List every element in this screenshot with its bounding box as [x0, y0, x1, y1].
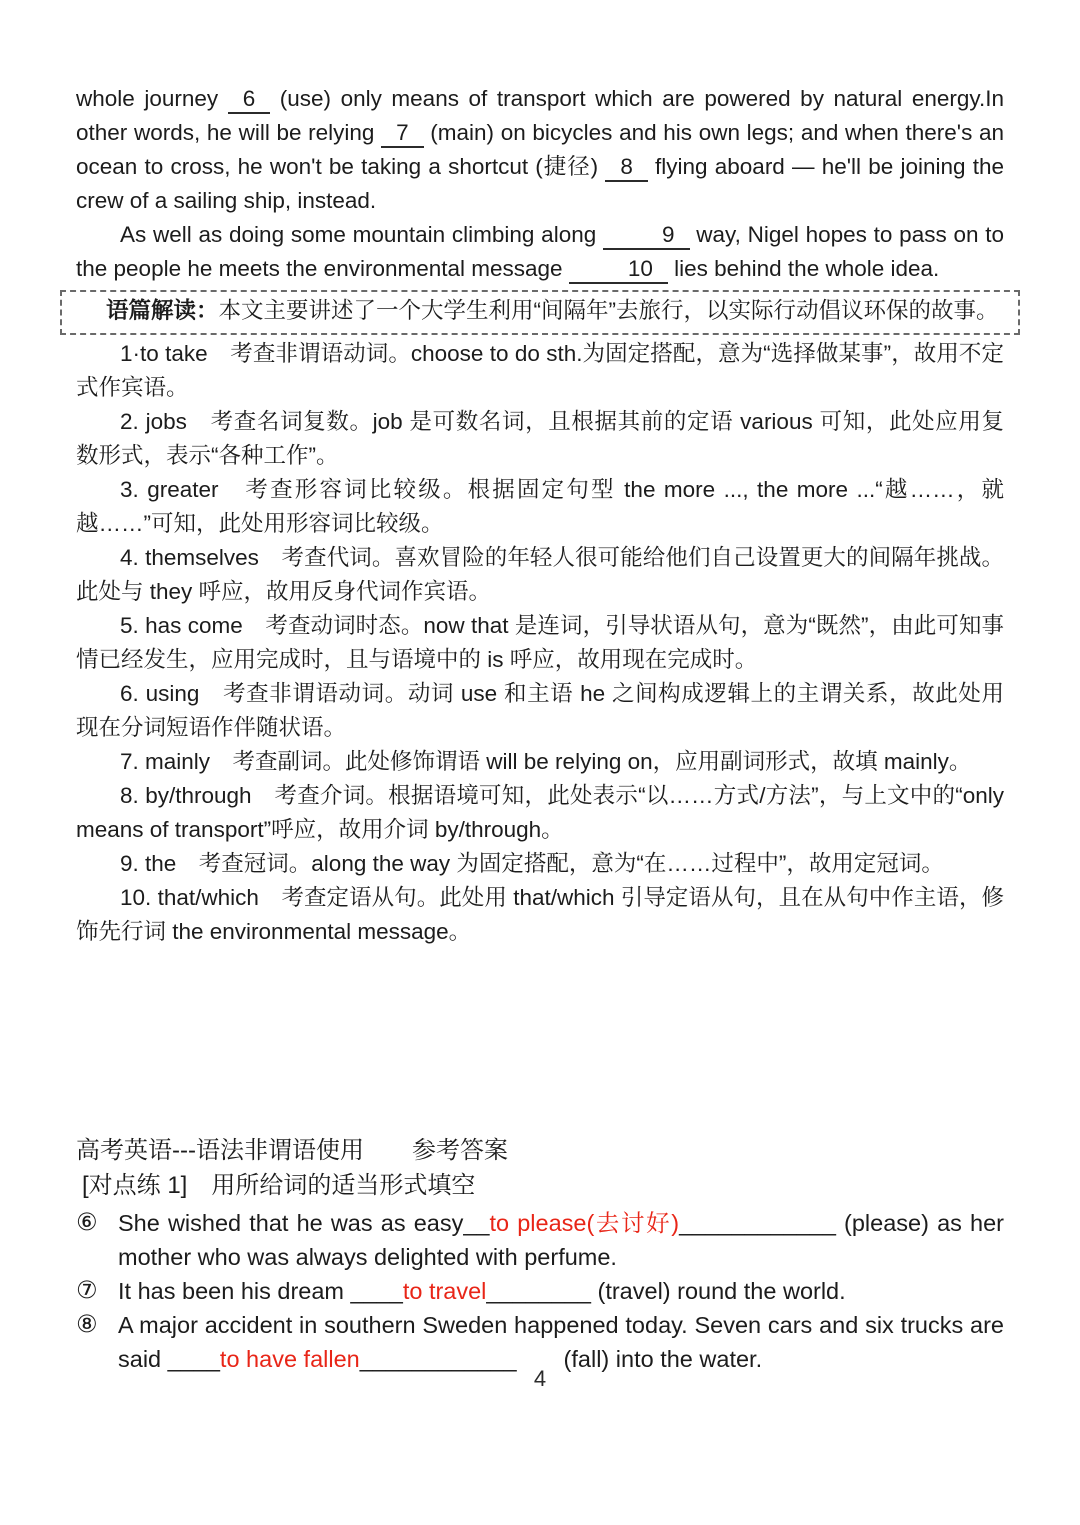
explanation-item-8: 8. by/through 考查介词。根据语境可知，此处表示“以……方式/方法”… — [76, 779, 1004, 847]
question-item-6: ⑥ She wished that he was as easy__to ple… — [76, 1206, 1004, 1274]
analysis-box: 语篇解读：本文主要讲述了一个大学生利用“间隔年”去旅行，以实际行动倡议环保的故事… — [60, 290, 1020, 335]
answer-section-title: 高考英语---语法非谓语使用 参考答案 — [76, 1133, 1004, 1168]
analysis-box-label: 语篇解读： — [106, 298, 219, 323]
question-text-7: It has been his dream ____to travel_____… — [118, 1274, 1004, 1308]
question-text: (travel) round the world. — [591, 1278, 846, 1304]
question-text: She wished that he was as easy — [118, 1210, 463, 1236]
analysis-box-text: 本文主要讲述了一个大学生利用“间隔年”去旅行，以实际行动倡议环保的故事。 — [219, 298, 999, 323]
passage-text: lies behind the whole idea. — [668, 256, 939, 281]
answer-text-red: to please(去讨好) — [490, 1210, 680, 1236]
blank-space — [76, 949, 1004, 1133]
fill-blank-7: 7 — [381, 120, 424, 148]
answer-section-subtitle: [对点练 1] 用所给词的适当形式填空 — [82, 1168, 1004, 1203]
explanation-item-4: 4. themselves 考查代词。喜欢冒险的年轻人很可能给他们自己设置更大的… — [76, 541, 1004, 609]
page-content: whole journey 6 (use) only means of tran… — [0, 0, 1080, 1376]
fill-blank-6: 6 — [228, 86, 271, 114]
explanation-item-9: 9. the 考查冠词。along the way 为固定搭配，意为“在……过程… — [76, 847, 1004, 881]
passage-text: whole journey — [76, 86, 228, 111]
fill-blank-10: 10 — [569, 256, 668, 284]
passage-paragraph-2: As well as doing some mountain climbing … — [76, 218, 1004, 286]
circled-number-6: ⑥ — [76, 1206, 118, 1274]
question-item-7: ⑦ It has been his dream ____to travel___… — [76, 1274, 1004, 1308]
explanation-item-1: 1·to take 考查非谓语动词。choose to do sth.为固定搭配… — [76, 337, 1004, 405]
explanation-item-7: 7. mainly 考查副词。此处修饰谓语 will be relying on… — [76, 745, 1004, 779]
circled-number-7: ⑦ — [76, 1274, 118, 1308]
question-text: It has been his dream — [118, 1278, 351, 1304]
fill-blank-8: 8 — [605, 154, 648, 182]
blank-underscores: __ — [463, 1210, 489, 1236]
blank-underscores: ____________ — [679, 1210, 836, 1236]
explanation-item-2: 2. jobs 考查名词复数。job 是可数名词，且根据其前的定语 variou… — [76, 405, 1004, 473]
document-page: whole journey 6 (use) only means of tran… — [0, 0, 1080, 1525]
fill-blank-9: 9 — [603, 222, 690, 250]
explanation-item-6: 6. using 考查非谓语动词。动词 use 和主语 he 之间构成逻辑上的主… — [76, 677, 1004, 745]
explanation-item-3: 3. greater 考查形容词比较级。根据固定句型 the more ...,… — [76, 473, 1004, 541]
passage-paragraph-1: whole journey 6 (use) only means of tran… — [76, 82, 1004, 218]
answer-text-red: to travel — [403, 1278, 487, 1304]
question-text-6: She wished that he was as easy__to pleas… — [118, 1206, 1004, 1274]
explanation-item-5: 5. has come 考查动词时态。now that 是连词，引导状语从句，意… — [76, 609, 1004, 677]
blank-underscores: ____ — [351, 1278, 403, 1304]
explanation-item-10: 10. that/which 考查定语从句。此处用 that/which 引导定… — [76, 881, 1004, 949]
passage-text: As well as doing some mountain climbing … — [120, 222, 603, 247]
page-number: 4 — [0, 1366, 1080, 1392]
blank-underscores: ________ — [486, 1278, 591, 1304]
